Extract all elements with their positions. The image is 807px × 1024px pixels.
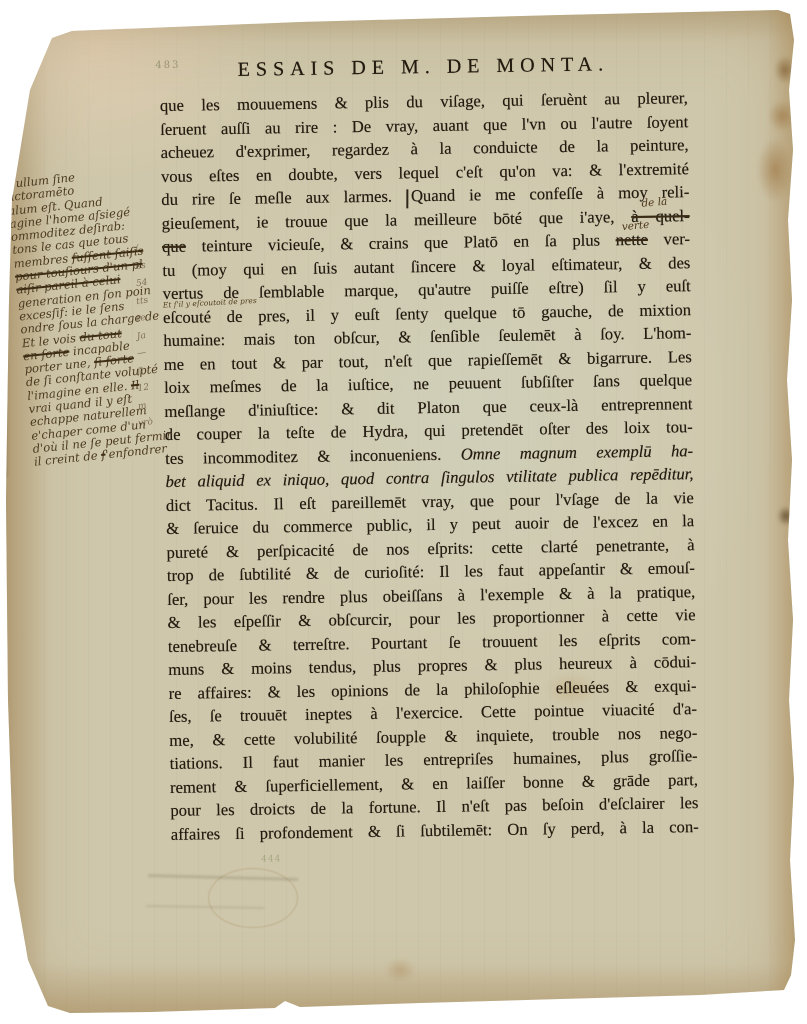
text-segment: ver- xyxy=(648,229,690,249)
struck-text: netteverte xyxy=(616,230,649,249)
text-segment: eſcouté de pres,Et ſ'il y eſcoutoit de p… xyxy=(163,306,290,327)
running-header: ESSAIS DE M. DE MONTA. xyxy=(159,52,687,83)
ghost-mark: 444 xyxy=(261,854,281,864)
gutter-pen-mark: vrò xyxy=(137,415,165,436)
handwritten-correction: de la xyxy=(641,195,668,209)
book-page: 483 ESSAIS DE M. DE MONTA. que les mouue… xyxy=(0,0,807,1024)
text-segment: du rire ſe meſle aux larmes. xyxy=(161,186,406,209)
gutter-pen-marks: (és54ttsteJa—ſi12mvrò xyxy=(136,242,165,435)
text-segment: teinture vicieuſe, & crains que Platō en… xyxy=(186,230,616,255)
handwritten-insertion-mark xyxy=(406,189,408,208)
print-text-block: que les mouuemens & plis du viſage, qui … xyxy=(160,86,699,846)
handwritten-correction: verte xyxy=(621,219,650,233)
text-segment: il y euſt ſenty quelque tō gauche, de mi… xyxy=(290,300,691,325)
latin-quote-text: Omne magnum exemplū ha- xyxy=(461,441,694,463)
text-segment: tes incommoditez & inconueniens. xyxy=(165,444,461,467)
page-content: 483 ESSAIS DE M. DE MONTA. que les mouue… xyxy=(0,0,807,1024)
scan-background: 483 ESSAIS DE M. DE MONTA. que les mouue… xyxy=(0,0,807,1024)
